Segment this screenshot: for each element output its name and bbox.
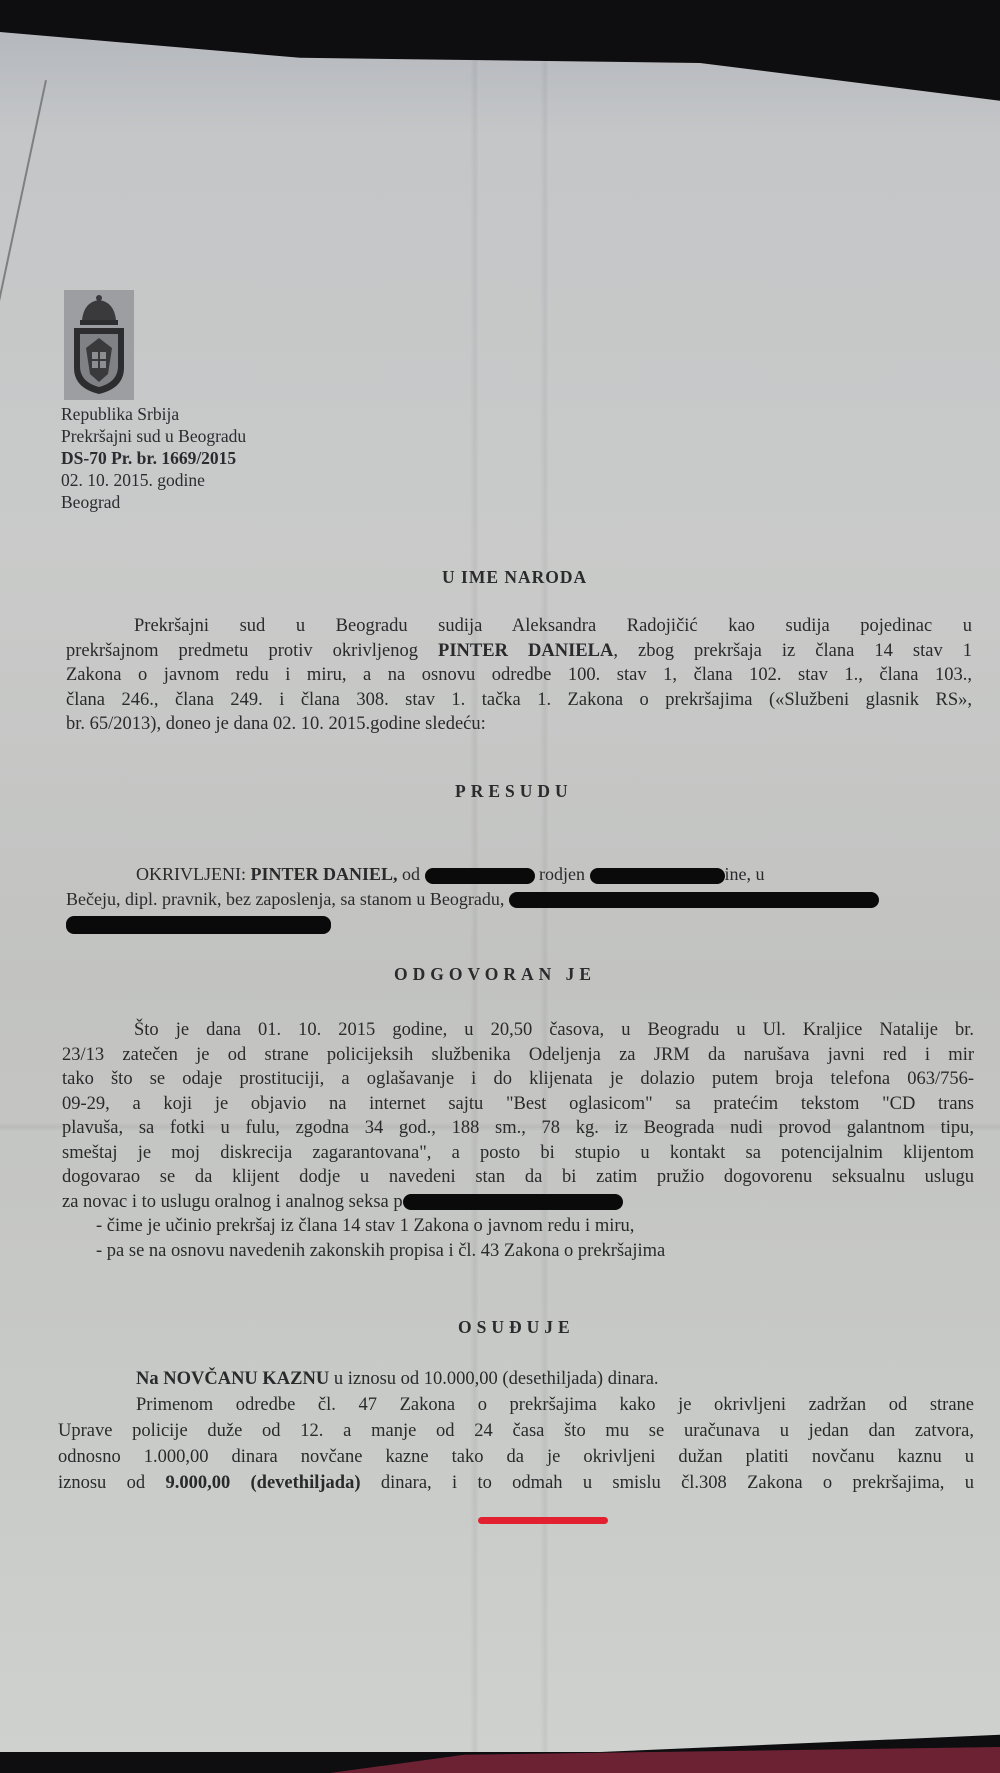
facts-paragraph: Što je dana 01. 10. 2015 godine, u 20,50… xyxy=(62,1018,974,1263)
facts-line: plavuša, sa fotki u fulu, zgodna 34 god.… xyxy=(62,1116,974,1141)
sentence-line: iznosu od 9.000,00 (devethiljada) dinara… xyxy=(58,1470,974,1496)
redaction-bar xyxy=(403,1194,623,1210)
defendant-name: PINTER DANIELA xyxy=(438,641,613,661)
sentence-line: odnosno 1.000,00 dinara novčane kazne ta… xyxy=(58,1444,974,1470)
intro-line: br. 65/2013), doneo je dana 02. 10. 2015… xyxy=(66,712,972,737)
redaction-bar xyxy=(590,868,725,884)
fine-label: Na NOVČANU KAZNU xyxy=(136,1369,329,1389)
intro-line: člana 246., člana 249. i člana 308. stav… xyxy=(66,688,972,713)
country-name: Republika Srbija xyxy=(61,403,246,425)
court-name: Prekršajni sud u Beogradu xyxy=(61,425,246,447)
facts-line: za novac i to uslugu oralnog i analnog s… xyxy=(62,1190,974,1215)
facts-bullet: - čime je učinio prekršaj iz člana 14 st… xyxy=(62,1214,974,1239)
facts-line: dogovarao se da klijent dodje u navedeni… xyxy=(62,1165,974,1190)
defendant-line: OKRIVLJENI: PINTER DANIEL, od rodjen ine… xyxy=(66,862,974,887)
sentence-line: Primenom odredbe čl. 47 Zakona o prekrša… xyxy=(58,1392,974,1418)
sentence-heading: OSUĐUJE xyxy=(458,1317,575,1338)
serbia-coat-of-arms-icon xyxy=(64,290,134,400)
sentence-paragraph: Na NOVČANU KAZNU u iznosu od 10.000,00 (… xyxy=(58,1366,974,1496)
defendant-line: Bečeju, dipl. pravnik, bez zaposlenja, s… xyxy=(66,887,974,912)
defendant-paragraph: OKRIVLJENI: PINTER DANIEL, od rodjen ine… xyxy=(66,862,974,936)
facts-line: 09-29, a koji je objavio na internet saj… xyxy=(62,1092,974,1117)
redaction-bar xyxy=(425,868,535,884)
document-city: Beograd xyxy=(61,491,246,513)
red-underline-annotation xyxy=(478,1517,608,1524)
redaction-bar xyxy=(66,916,331,934)
verdict-heading: PRESUDU xyxy=(455,781,573,802)
intro-line: prekršajnom predmetu protiv okrivljenog … xyxy=(66,639,972,664)
redaction-bar xyxy=(509,892,879,908)
fine-line: Na NOVČANU KAZNU u iznosu od 10.000,00 (… xyxy=(58,1366,974,1392)
facts-line: tako što se odaje prostituciji, a oglaša… xyxy=(62,1067,974,1092)
highlighted-phrase: i to odmah xyxy=(452,1473,563,1493)
facts-line: 23/13 zatečen je od strane policijeksih … xyxy=(62,1043,974,1068)
intro-line: Zakona o javnom redu i miru, a na osnovu… xyxy=(66,663,972,688)
facts-line: Što je dana 01. 10. 2015 godine, u 20,50… xyxy=(62,1018,974,1043)
facts-line: smeštaj je moj diskrecija zagarantovana"… xyxy=(62,1141,974,1166)
court-header: Republika Srbija Prekršajni sud u Beogra… xyxy=(61,403,246,513)
document-date: 02. 10. 2015. godine xyxy=(61,469,246,491)
fine-amount: 9.000,00 (devethiljada) xyxy=(165,1473,360,1493)
case-number: DS-70 Pr. br. 1669/2015 xyxy=(61,447,246,469)
defendant-line xyxy=(66,911,974,936)
intro-paragraph: Prekršajni sud u Beogradu sudija Aleksan… xyxy=(66,614,972,737)
intro-line: Prekršajni sud u Beogradu sudija Aleksan… xyxy=(66,614,972,639)
document-title: U IME NARODA xyxy=(442,567,587,588)
sentence-line: Uprave policije duže od 12. a manje od 2… xyxy=(58,1418,974,1444)
facts-bullet: - pa se na osnovu navedenih zakonskih pr… xyxy=(62,1239,974,1264)
guilty-heading: ODGOVORAN JE xyxy=(394,964,596,985)
